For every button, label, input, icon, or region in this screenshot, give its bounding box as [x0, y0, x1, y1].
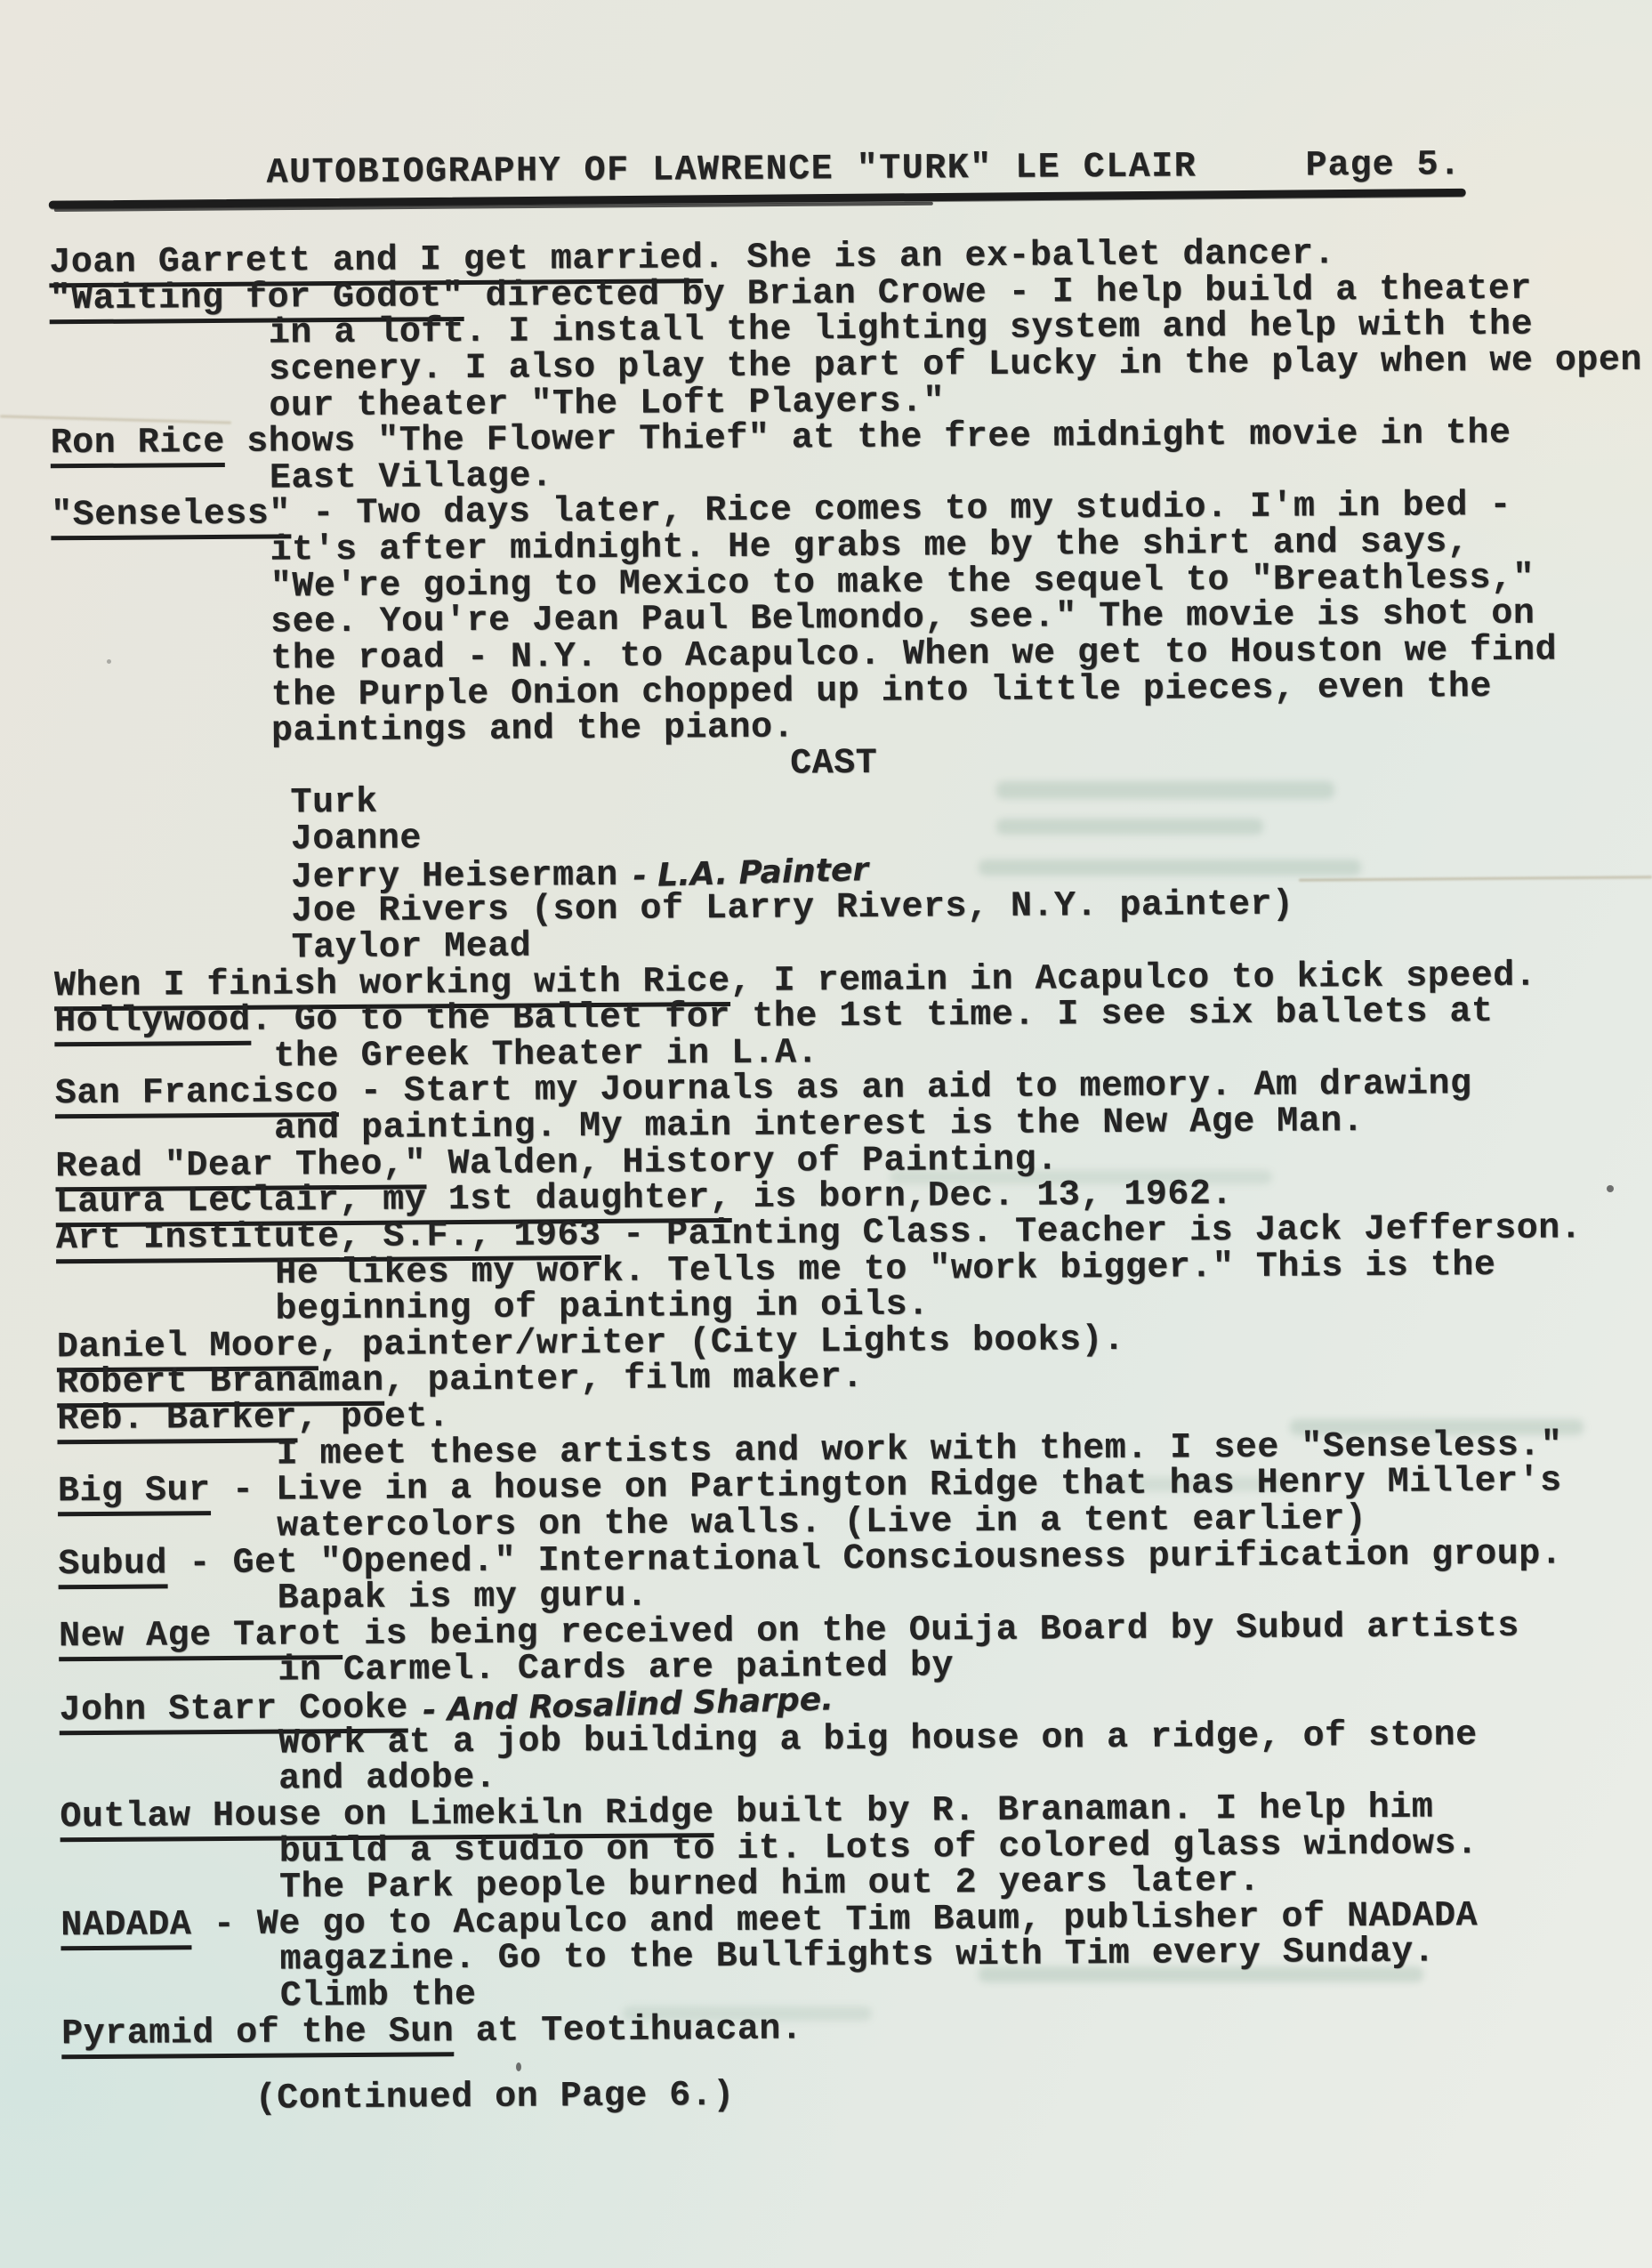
text-segment: , painter, film maker.	[383, 1358, 863, 1401]
underlined-text: Reb. Barker	[57, 1398, 297, 1444]
title-underline-rule	[49, 189, 1466, 209]
text-segment: Taylor Mead	[291, 926, 531, 968]
text-segment: Climb the	[280, 1975, 477, 2017]
continued-footer: (Continued on Page 6.)	[255, 2076, 735, 2119]
text-segment: Joe Rivers (son of Larry Rivers, N.Y. pa…	[291, 885, 1293, 932]
text-segment: paintings and the piano.	[271, 708, 794, 752]
text-line: Pyramid of the Sun at Teotihuacan.	[61, 2006, 1652, 2053]
underlined-text: Ron Rice	[51, 423, 225, 468]
text-segment: Turk	[290, 783, 377, 824]
page-number-label: Page 5.	[1305, 145, 1461, 186]
text-segment: Joanne	[291, 819, 422, 860]
text-segment: , poet.	[297, 1397, 450, 1438]
underlined-text: "Senseless"	[51, 495, 291, 541]
underlined-text: Big Sur	[58, 1471, 211, 1516]
handwritten-text: - L.A. Painter	[621, 852, 868, 895]
underlined-text: Hollywood	[54, 1001, 251, 1047]
text-segment: magazine. Go to the Bullfights with Tim …	[279, 1933, 1435, 1981]
text-line: CAST	[790, 740, 1652, 782]
document-body: Joan Garrett and I get married. She is a…	[0, 235, 1652, 2054]
document-page: AUTOBIOGRAPHY OF LAWRENCE "TURK" LE CLAI…	[0, 0, 1652, 2268]
text-segment: and adobe.	[278, 1758, 496, 1800]
text-segment: the Purple Onion chopped up into little …	[270, 667, 1491, 716]
underlined-text: Pyramid of the Sun	[61, 2012, 454, 2059]
text-segment: CAST	[790, 744, 877, 785]
page-title: AUTOBIOGRAPHY OF LAWRENCE "TURK" LE CLAI…	[266, 147, 1197, 193]
text-segment: at Teotihuacan.	[454, 2009, 802, 2052]
underlined-text: NADADA	[60, 1905, 191, 1950]
text-segment: in Carmel. Cards are painted by	[278, 1647, 954, 1691]
typewritten-content: AUTOBIOGRAPHY OF LAWRENCE "TURK" LE CLAI…	[0, 0, 1652, 2268]
underlined-text: Subud	[58, 1544, 167, 1589]
